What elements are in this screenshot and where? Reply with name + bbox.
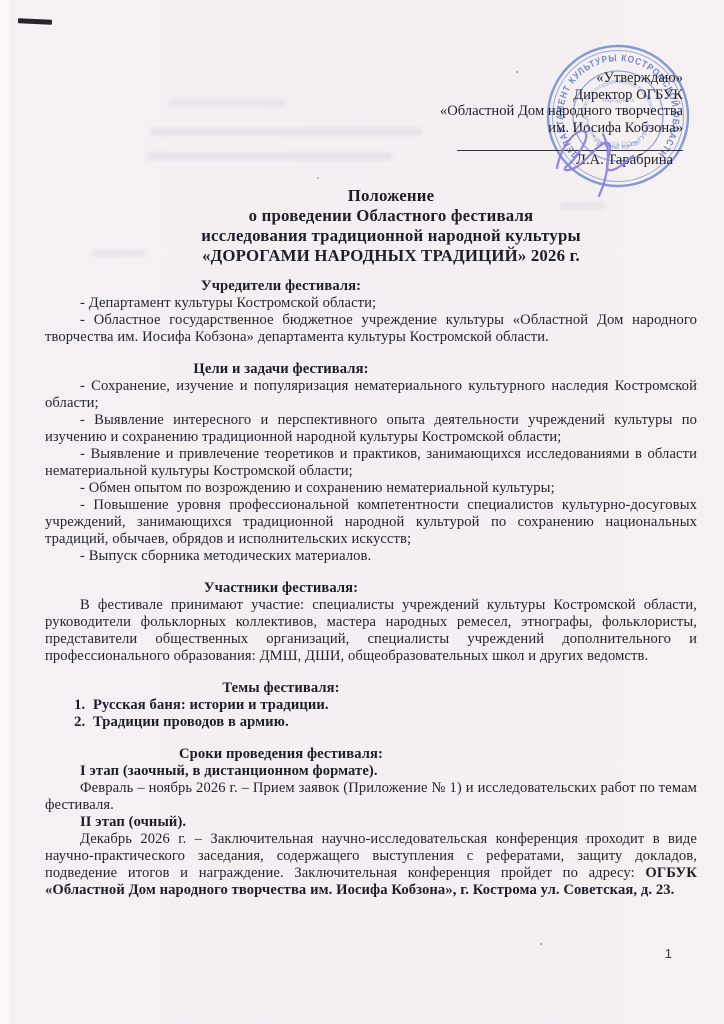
text-run: - Выявление интересного и перспективного…: [45, 412, 697, 445]
paragraph: - Областное государственное бюджетное уч…: [45, 312, 697, 346]
paragraph: - Департамент культуры Костромской облас…: [45, 295, 697, 312]
section-heading: Учредители фестиваля:: [45, 278, 517, 295]
text-run: - Областное государственное бюджетное уч…: [45, 312, 697, 345]
document-section: Темы фестиваля:Русская баня: истории и т…: [45, 680, 697, 731]
text-run: Февраль – ноябрь 2026 г. – Прием заявок …: [45, 780, 697, 813]
bleed-through-mark: [147, 152, 392, 161]
section-heading: Темы фестиваля:: [45, 680, 517, 697]
paragraph: Декабрь 2026 г. – Заключительная научно-…: [45, 831, 697, 899]
title-line: исследования традиционной народной культ…: [85, 226, 697, 246]
paragraph: - Выпуск сборника методических материало…: [45, 548, 697, 565]
paragraph: II этап (очный).: [45, 814, 697, 831]
approval-line: «Утверждаю»: [440, 70, 683, 87]
text-run: В фестивале принимают участие: специалис…: [45, 597, 697, 664]
list-item: Традиции проводов в армию.: [89, 714, 697, 731]
approval-line: Директор ОГБУК: [440, 87, 683, 104]
paragraph: - Выявление и привлечение теоретиков и п…: [45, 446, 697, 480]
title-line: «ДОРОГАМИ НАРОДНЫХ ТРАДИЦИЙ» 2026 г.: [85, 246, 697, 266]
text-run: I этап (заочный, в дистанционном формате…: [80, 763, 378, 779]
list-item: Русская баня: истории и традиции.: [89, 697, 697, 714]
document-body: Положение о проведении Областного фестив…: [45, 186, 697, 899]
text-run: - Выявление и привлечение теоретиков и п…: [45, 446, 697, 479]
paragraph: I этап (заочный, в дистанционном формате…: [45, 763, 697, 780]
paragraph: - Повышение уровня профессиональной комп…: [45, 497, 697, 548]
scan-speck: [317, 177, 319, 179]
page-number: 1: [665, 946, 672, 961]
scan-speck: [540, 943, 542, 945]
text-run: - Сохранение, изучение и популяризация н…: [45, 378, 697, 411]
section-heading: Участники фестиваля:: [45, 580, 517, 597]
document-section: Участники фестиваля:В фестивале принимаю…: [45, 580, 697, 665]
document-section: Учредители фестиваля:- Департамент культ…: [45, 278, 697, 346]
paragraph: - Выявление интересного и перспективного…: [45, 412, 697, 446]
text-run: - Департамент культуры Костромской облас…: [80, 295, 376, 311]
title-line: о проведении Областного фестиваля: [85, 206, 697, 226]
paragraph: В фестивале принимают участие: специалис…: [45, 597, 697, 665]
numbered-list: Русская баня: истории и традиции.Традици…: [45, 697, 697, 731]
scanned-document-page: ДЕПАРТАМЕНТ КУЛЬТУРЫ КОСТРОМСКОЙ ОБЛАСТИ…: [0, 0, 724, 1024]
paragraph: - Сохранение, изучение и популяризация н…: [45, 378, 697, 412]
text-run: Декабрь 2026 г. – Заключительная научно-…: [45, 831, 697, 881]
paragraph: - Обмен опытом по возрождению и сохранен…: [45, 480, 697, 497]
document-section: Цели и задачи фестиваля:- Сохранение, из…: [45, 361, 697, 565]
document-section: Сроки проведения фестиваля:I этап (заочн…: [45, 746, 697, 899]
text-run: - Обмен опытом по возрождению и сохранен…: [80, 480, 555, 496]
scan-artifact-mark: [18, 18, 52, 24]
bleed-through-mark: [168, 99, 286, 107]
paragraph: Февраль – ноябрь 2026 г. – Прием заявок …: [45, 780, 697, 814]
section-heading: Сроки проведения фестиваля:: [45, 746, 517, 763]
text-run: II этап (очный).: [80, 814, 186, 830]
handwritten-signature: [545, 116, 665, 204]
text-run: - Повышение уровня профессиональной комп…: [45, 497, 697, 547]
document-sections: Учредители фестиваля:- Департамент культ…: [45, 278, 697, 899]
bleed-through-mark: [150, 127, 422, 136]
section-heading: Цели и задачи фестиваля:: [45, 361, 517, 378]
text-run: - Выпуск сборника методических материало…: [80, 548, 371, 564]
